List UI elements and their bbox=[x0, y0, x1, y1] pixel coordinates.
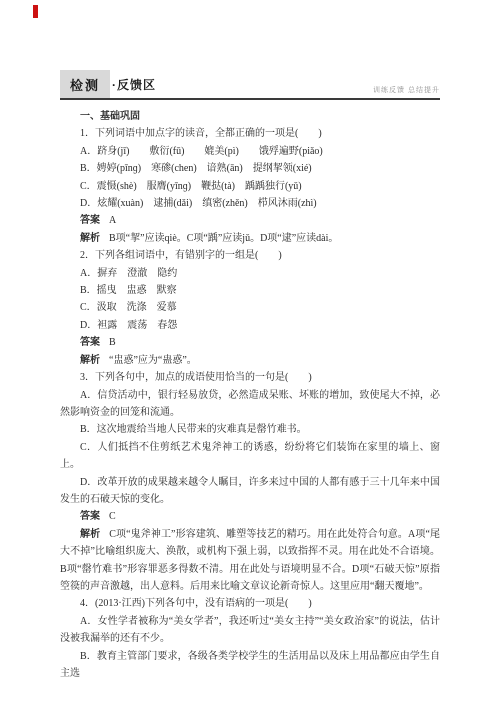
q4-stem: 4．(2013·江西)下列各句中，没有语病的一项是( ) bbox=[60, 595, 440, 612]
q3-answer-label: 答案 bbox=[80, 511, 100, 522]
q3-analysis-text: C项“鬼斧神工”形容建筑、雕塑等技艺的精巧。用在此处符合句意。A项“尾大不掉”比… bbox=[60, 529, 440, 592]
q2-answer-label: 答案 bbox=[80, 337, 100, 348]
q2-option-c: C．汲取 洗涤 爱慕 bbox=[60, 299, 440, 316]
q1-option-c: C．震慑(shè) 服膺(yīnɡ) 鞭挞(tà) 踽踽独行(yǔ) bbox=[60, 178, 440, 195]
q4-option-a: A．女性学者被称为“美女学者”，我还听过“美女主持”“美女政治家”的说法，估计没… bbox=[60, 613, 440, 648]
q2-answer-line: 答案B bbox=[60, 334, 440, 351]
header-badge: 检测 bbox=[60, 70, 110, 98]
q1-option-b: B．娉婷(pīnɡ) 寒碜(chen) 谙熟(ān) 提纲挈领(xié) bbox=[60, 160, 440, 177]
q3-option-b: B．这次地震给当地人民带来的灾难真是罄竹难书。 bbox=[60, 421, 440, 438]
q3-analysis-label: 解析 bbox=[80, 529, 100, 540]
q1-analysis-label: 解析 bbox=[80, 233, 100, 244]
q3-stem: 3．下列各句中，加点的成语使用恰当的一句是( ) bbox=[60, 369, 440, 386]
q3-option-d: D．改革开放的成果越来越令人瞩目，许多来过中国的人都有感于三十几年来中国发生的石… bbox=[60, 474, 440, 509]
q2-option-a: A．摒弃 澄澈 隐约 bbox=[60, 265, 440, 282]
q3-answer-line: 答案C bbox=[60, 508, 440, 525]
q2-answer-value: B bbox=[109, 337, 116, 348]
q2-analysis-label: 解析 bbox=[80, 355, 100, 366]
header-title: ·反馈区 bbox=[112, 76, 156, 98]
q2-analysis-text: “盅惑”应为“蛊惑”。 bbox=[109, 355, 197, 366]
q2-stem: 2．下列各组词语中，有错别字的一组是( ) bbox=[60, 247, 440, 264]
q1-answer-value: A bbox=[109, 215, 116, 226]
q3-option-a: A．信贷活动中，银行轻易放贷，必然造成呆账、坏账的增加，致使尾大不掉，必然影响资… bbox=[60, 387, 440, 422]
q3-answer-value: C bbox=[109, 511, 116, 522]
q1-stem: 1．下列词语中加点字的读音，全都正确的一项是( ) bbox=[60, 125, 440, 142]
q2-option-b: B．摇曳 盅惑 默察 bbox=[60, 282, 440, 299]
q1-analysis-text: B项“挈”应读qiè。C项“踽”应读jǔ。D项“逮”应读dài。 bbox=[109, 233, 338, 244]
q2-analysis-line: 解析“盅惑”应为“蛊惑”。 bbox=[60, 352, 440, 369]
corner-red-mark bbox=[33, 5, 38, 18]
q1-answer-line: 答案A bbox=[60, 212, 440, 229]
worksheet-page: 检测 ·反馈区 训练反馈 总结提升 一、基础巩固 1．下列词语中加点字的读音，全… bbox=[0, 0, 500, 707]
q4-option-b: B．教育主管部门要求，各级各类学校学生的生活用品以及床上用品都应由学生自主选 bbox=[60, 648, 440, 683]
q1-answer-label: 答案 bbox=[80, 215, 100, 226]
q1-analysis-line: 解析B项“挈”应读qiè。C项“踽”应读jǔ。D项“逮”应读dài。 bbox=[60, 230, 440, 247]
header-tagline: 训练反馈 总结提升 bbox=[373, 85, 440, 98]
worksheet-content: 一、基础巩固 1．下列词语中加点字的读音，全都正确的一项是( ) A．跻身(jī… bbox=[60, 108, 440, 682]
q1-option-a: A．跻身(jī) 敷衍(fū) 媲美(pì) 饿殍遍野(piǎo) bbox=[60, 143, 440, 160]
section-header: 检测 ·反馈区 训练反馈 总结提升 bbox=[60, 70, 440, 100]
q2-option-d: D．袒露 震荡 春怨 bbox=[60, 317, 440, 334]
section-title: 一、基础巩固 bbox=[60, 108, 440, 125]
q3-option-c: C．人们抵挡不住剪纸艺术鬼斧神工的诱惑，纷纷将它们装饰在家里的墙上、窗上。 bbox=[60, 439, 440, 474]
q1-option-d: D．炫耀(xuàn) 逮捕(dǎi) 缜密(zhěn) 栉风沐雨(zhì) bbox=[60, 195, 440, 212]
q3-analysis-line: 解析C项“鬼斧神工”形容建筑、雕塑等技艺的精巧。用在此处符合句意。A项“尾大不掉… bbox=[60, 526, 440, 596]
